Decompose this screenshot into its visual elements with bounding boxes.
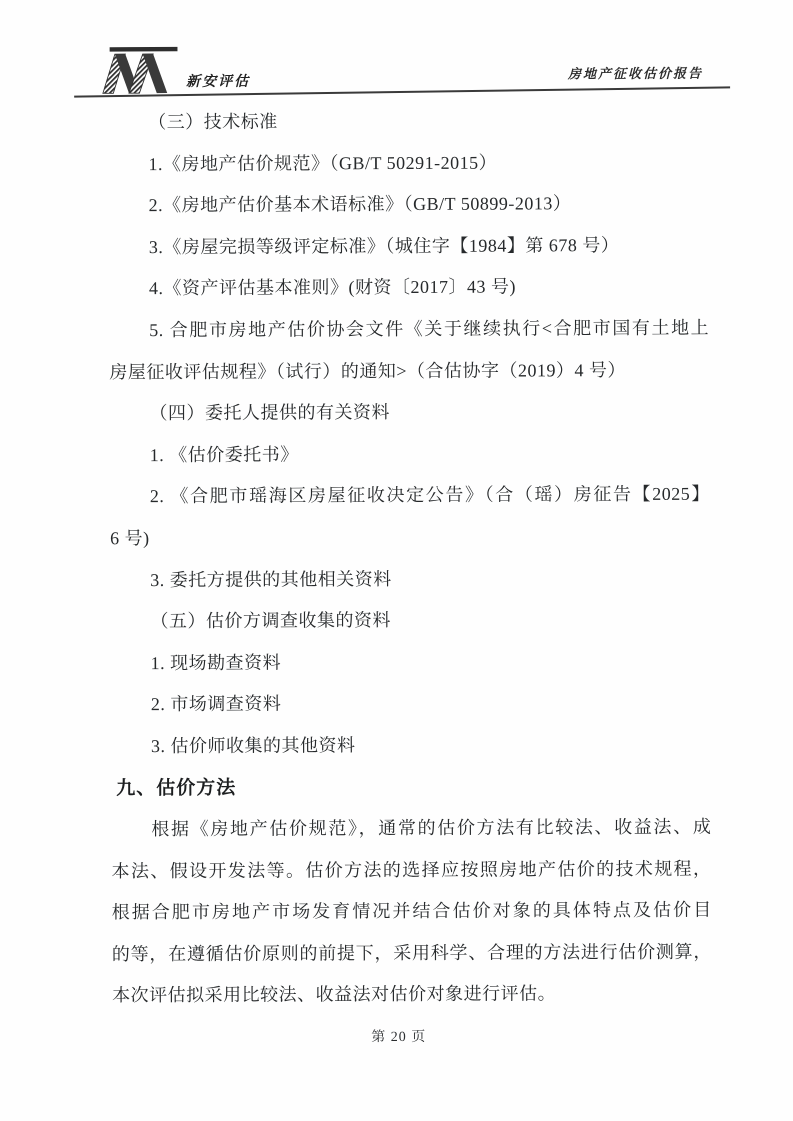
- scan-content: 新安评估 房地产征收估价报告 （三）技术标准 1.《房地产估价规范》（GB/T …: [0, 0, 793, 1121]
- list-item: 2. 市场调查资料: [111, 682, 711, 726]
- page-footer: 第 20 页: [2, 1024, 793, 1047]
- list-item: 3. 估价师收集的其他资料: [111, 724, 711, 768]
- paragraph-line: 本次评估拟采用比较法、收益法对估价对象进行评估。: [112, 973, 712, 1017]
- section-label-5: （五）估价方调查收集的资料: [110, 599, 710, 643]
- paragraph-line: 根据合肥市房地产市场发育情况并结合估价对象的具体特点及估价目: [112, 890, 712, 934]
- section-heading-9: 九、估价方法: [111, 765, 711, 809]
- list-item: 1.《房地产估价规范》（GB/T 50291-2015）: [108, 141, 708, 185]
- list-item: 3.《房屋完损等级评定标准》（城住字【1984】第 678 号）: [109, 224, 709, 268]
- page-number: 第 20 页: [371, 1030, 426, 1045]
- list-item: 1. 现场勘查资料: [111, 640, 711, 684]
- list-item: 1. 《估价委托书》: [110, 432, 710, 476]
- logo-text: 新安评估: [186, 71, 250, 91]
- list-item: 5. 合肥市房地产估价协会文件《关于继续执行<合肥市国有土地上: [109, 308, 709, 352]
- section-label-4: （四）委托人提供的有关资料: [109, 391, 709, 435]
- paragraph-line: 的等，在遵循估价原则的前提下，采用科学、合理的方法进行估价测算，: [112, 932, 712, 976]
- document-page: 新安评估 房地产征收估价报告 （三）技术标准 1.《房地产估价规范》（GB/T …: [0, 0, 793, 1121]
- list-item-continuation: 6 号): [110, 516, 710, 560]
- list-item-continuation: 房屋征收评估规程》（试行）的通知>（合估协字（2019）4 号）: [109, 349, 709, 393]
- list-item: 2.《房地产估价基本术语标准》（GB/T 50899-2013）: [109, 183, 709, 227]
- list-item: 3. 委托方提供的其他相关资料: [110, 557, 710, 601]
- paragraph-line: 根据《房地产估价规范》，通常的估价方法有比较法、收益法、成: [111, 807, 711, 851]
- logo-mark-icon: [101, 46, 181, 94]
- document-body: （三）技术标准 1.《房地产估价规范》（GB/T 50291-2015） 2.《…: [108, 100, 712, 1018]
- paragraph-line: 本法、假设开发法等。估价方法的选择应按照房地产估价的技术规程，: [111, 848, 711, 892]
- page-header: 新安评估 房地产征收估价报告: [0, 0, 791, 2]
- company-logo: 新安评估: [101, 46, 250, 95]
- header-report-title: 房地产征收估价报告: [568, 63, 703, 83]
- section-label-3: （三）技术标准: [108, 100, 708, 144]
- list-item: 4.《资产评估基本准则》(财资〔2017〕43 号): [109, 266, 709, 310]
- list-item: 2. 《合肥市瑶海区房屋征收决定公告》（合（瑶）房征告【2025】: [110, 474, 710, 518]
